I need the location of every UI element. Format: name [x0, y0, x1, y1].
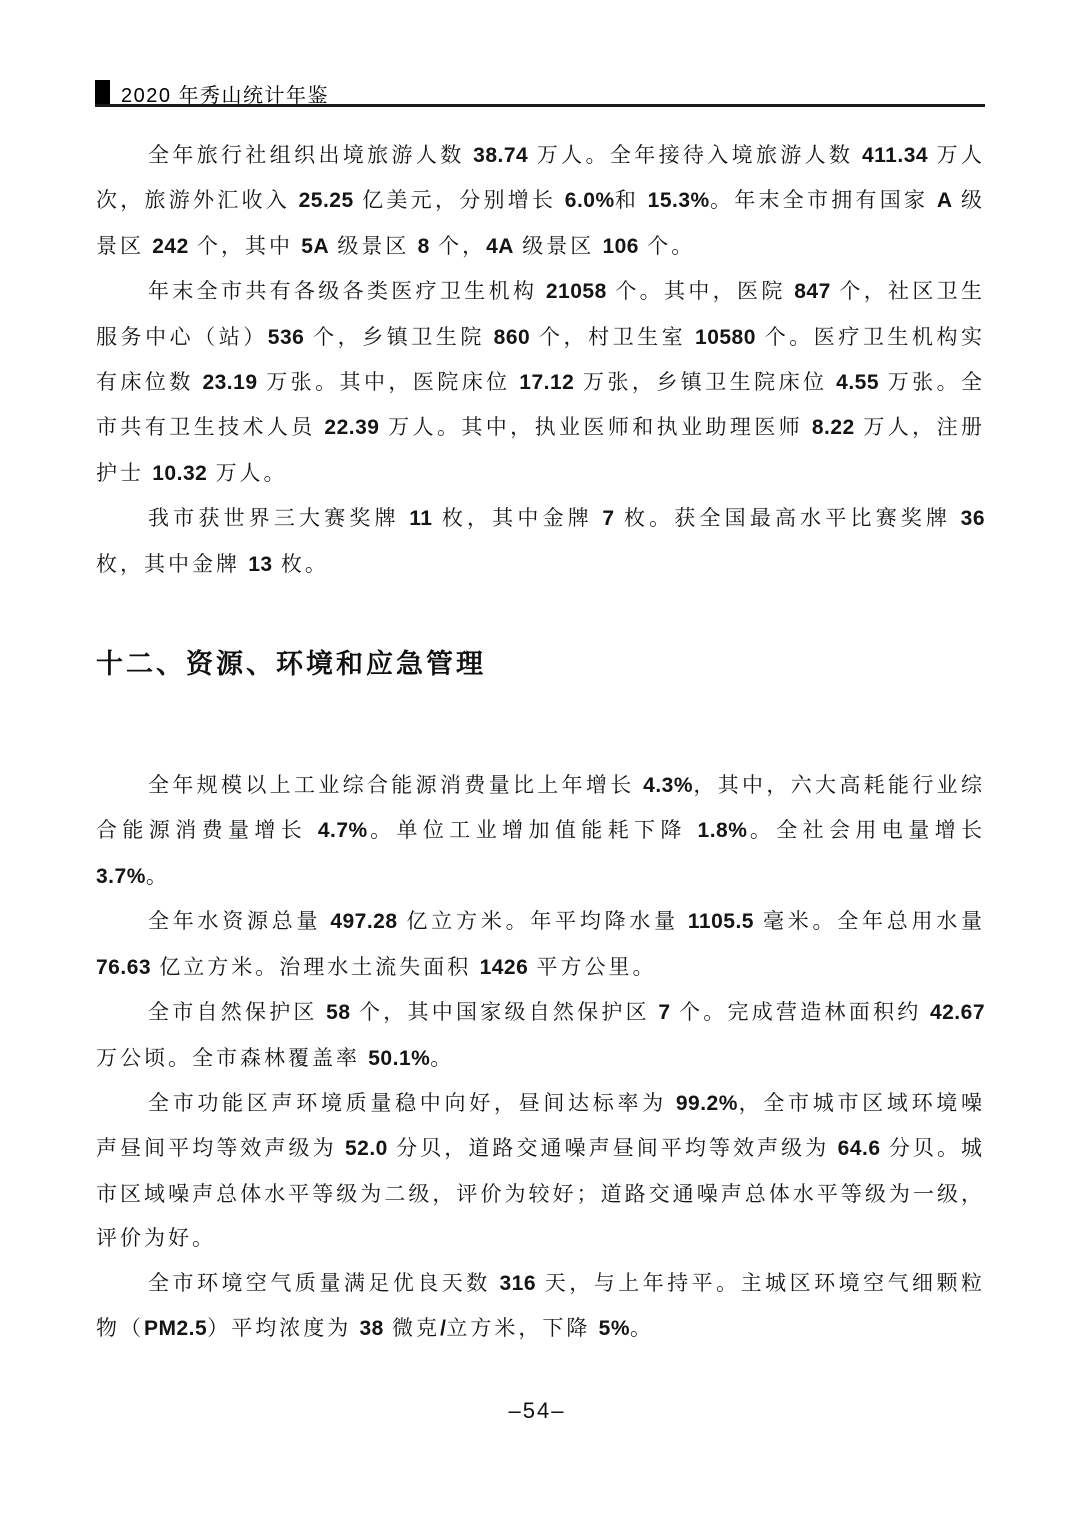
header-rule	[95, 104, 985, 107]
paragraph-nature-reserves: 全市自然保护区 58 个，其中国家级自然保护区 7 个。完成营造林面积约 42.…	[96, 990, 985, 1081]
paragraph-tourism: 全年旅行社组织出境旅游人数 38.74 万人。全年接待入境旅游人数 411.34…	[96, 133, 985, 269]
paragraph-air-quality: 全市环境空气质量满足优良天数 316 天，与上年持平。主城区环境空气细颗粒物（P…	[96, 1261, 985, 1352]
page-number: –54–	[509, 1398, 566, 1423]
page-body: 全年旅行社组织出境旅游人数 38.74 万人。全年接待入境旅游人数 411.34…	[96, 133, 985, 1351]
paragraph-health-institutions: 年末全市共有各级各类医疗卫生机构 21058 个。其中，医院 847 个，社区卫…	[96, 269, 985, 496]
section-heading-resources-environment: 十二、资源、环境和应急管理	[96, 645, 985, 683]
paragraph-energy-consumption: 全年规模以上工业综合能源消费量比上年增长 4.3%，其中，六大高耗能行业综合能源…	[96, 763, 985, 899]
paragraph-noise-environment: 全市功能区声环境质量稳中向好，昼间达标率为 99.2%，全市城市区域环境噪声昼间…	[96, 1081, 985, 1261]
yearbook-document-page: 2020 年秀山统计年鉴 全年旅行社组织出境旅游人数 38.74 万人。全年接待…	[0, 0, 1074, 1520]
paragraph-water-resources: 全年水资源总量 497.28 亿立方米。年平均降水量 1105.5 毫米。全年总…	[96, 899, 985, 990]
paragraph-sports-medals: 我市获世界三大赛奖牌 11 枚，其中金牌 7 枚。获全国最高水平比赛奖牌 36 …	[96, 496, 985, 587]
black-square-marker-icon	[95, 80, 110, 107]
page-footer: –54–	[0, 1398, 1074, 1424]
